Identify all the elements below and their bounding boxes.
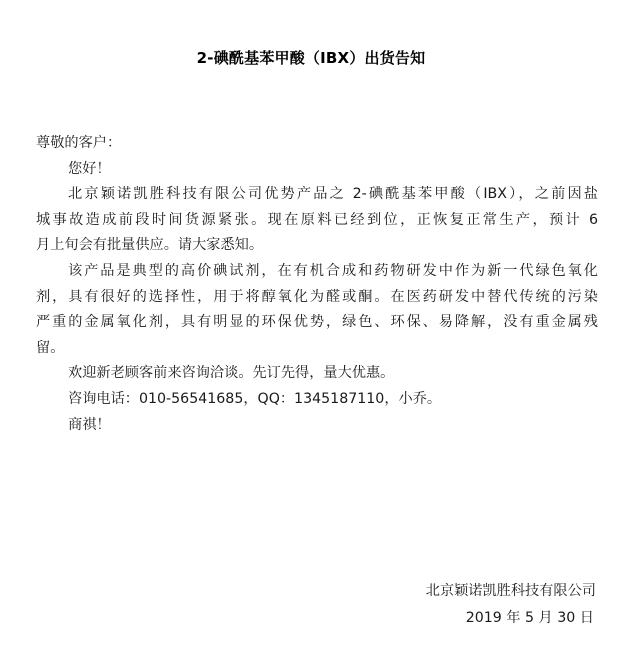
paragraph-1-line-3: 月上旬会有批量供应。请大家悉知。 — [36, 233, 598, 259]
signature-company: 北京颖诺凯胜科技有限公司 — [426, 578, 596, 605]
document-body: 尊敬的客户： 您好！ 北京颖诺凯胜科技有限公司优势产品之 2-碘酰基苯甲酸（IB… — [36, 131, 598, 438]
paragraph-2-line-1: 该产品是典型的高价碘试剂，在有机合成和药物研发中作为新一代绿色氧化 — [36, 259, 598, 285]
paragraph-2-line-4: 留。 — [36, 336, 598, 362]
salutation: 您好！ — [36, 157, 598, 183]
signature-date: 2019 年 5 月 30 日 — [426, 605, 596, 632]
welcome-line: 欢迎新老顾客前来咨询洽谈。先订先得，量大优惠。 — [36, 361, 598, 387]
paragraph-1-line-1: 北京颖诺凯胜科技有限公司优势产品之 2-碘酰基苯甲酸（IBX），之前因盐 — [36, 182, 598, 208]
paragraph-2-line-2: 剂，具有很好的选择性，用于将醇氧化为醛或酮。在医药研发中替代传统的污染 — [36, 285, 598, 311]
notice-document: 2-碘酰基苯甲酸（IBX）出货告知 尊敬的客户： 您好！ 北京颖诺凯胜科技有限公… — [0, 0, 622, 645]
paragraph-2-line-3: 严重的金属氧化剂，具有明显的环保优势，绿色、环保、易降解，没有重金属残 — [36, 310, 598, 336]
closing-regards: 商祺！ — [36, 413, 598, 439]
document-title: 2-碘酰基苯甲酸（IBX）出货告知 — [0, 47, 622, 69]
signature-block: 北京颖诺凯胜科技有限公司 2019 年 5 月 30 日 — [426, 578, 596, 632]
paragraph-1-line-2: 城事故造成前段时间货源紧张。现在原料已经到位，正恢复正常生产，预计 6 — [36, 208, 598, 234]
contact-line: 咨询电话：010-56541685，QQ：1345187110，小乔。 — [36, 387, 598, 413]
greeting: 尊敬的客户： — [36, 131, 598, 157]
